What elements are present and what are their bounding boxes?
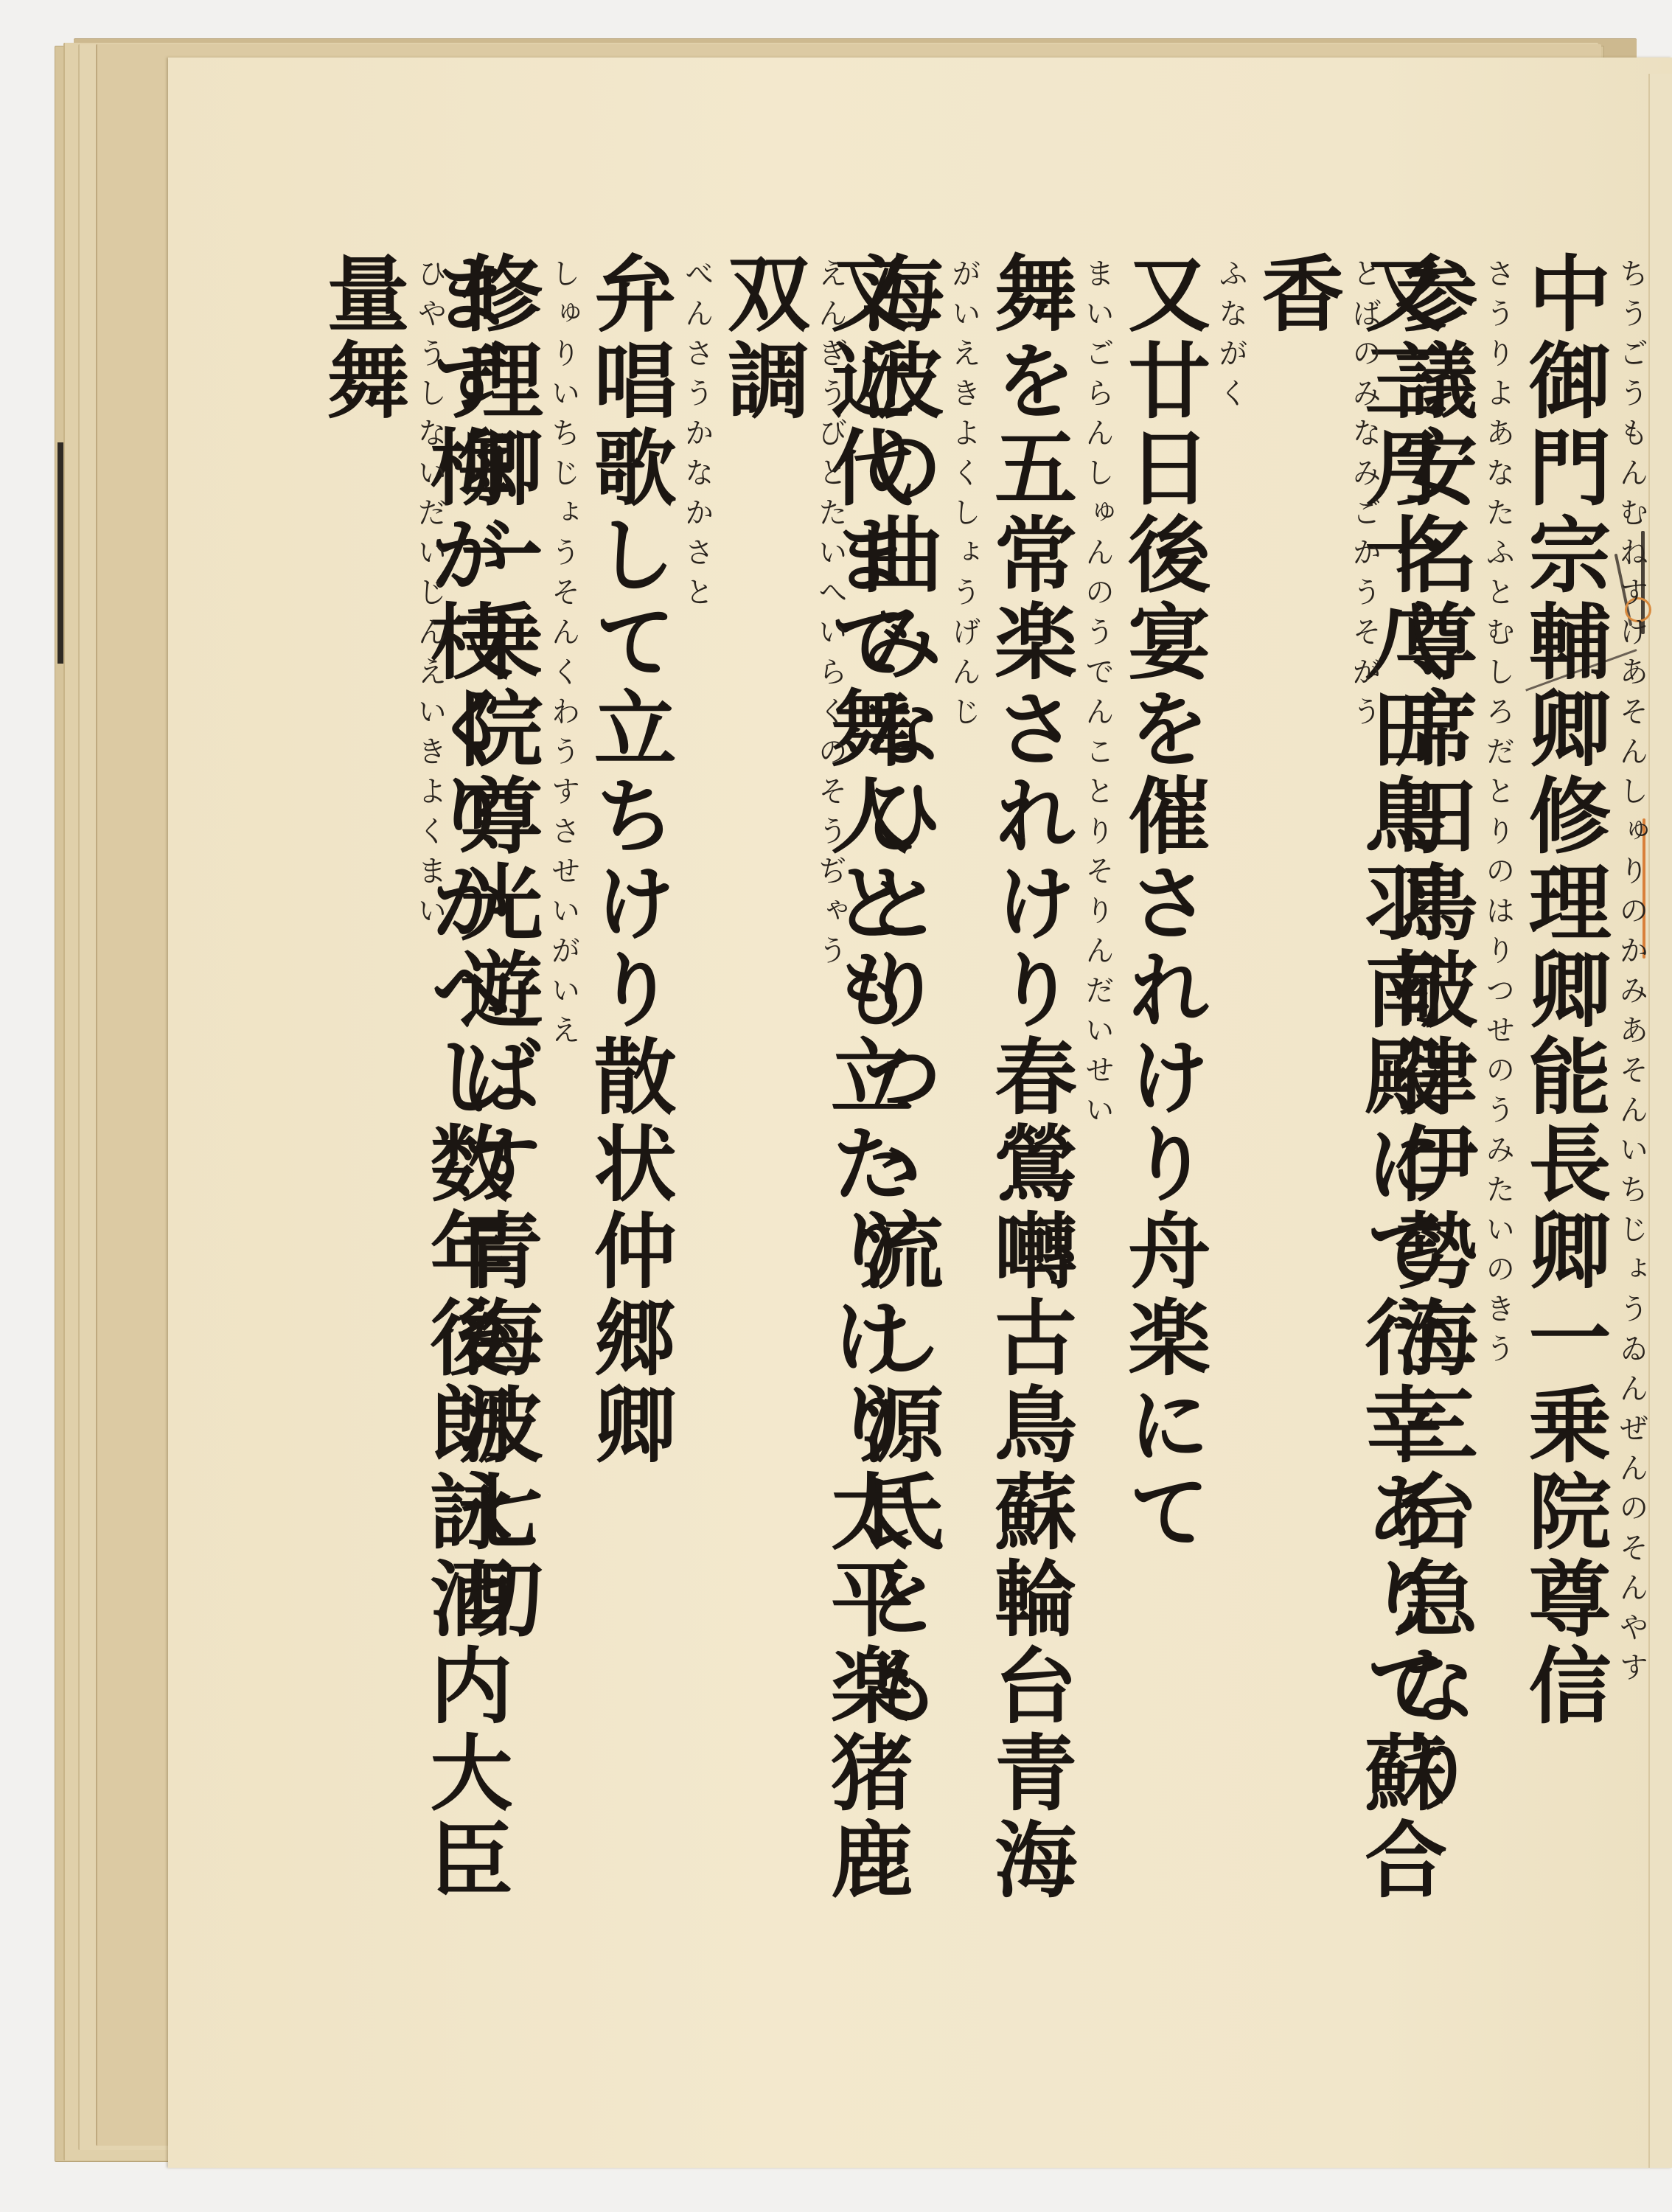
text-column-3: 又三月十八日鳥羽南殿にて行幸ありて蘇合香 とばのみなみごかうそがう xyxy=(1244,251,1355,1947)
column-main-text: 舞を五常楽されけり春鶯囀古鳥蘇輪台青海 xyxy=(978,251,1081,1904)
text-column-1: 中御門宗輔卿修理卿能長卿一乗院尊信 ちうごうもんむねすけあそんしゅりのかみあそん… xyxy=(1511,251,1622,1947)
cover-edge xyxy=(58,442,63,664)
column-furigana: ひやうしないだいじんえいきよくまい xyxy=(409,258,451,935)
column-main-text: 又廿日後宴を催されけり舟楽にて xyxy=(1111,251,1214,1556)
text-column-8: 弁唱歌して立ちけり散状仲郷卿 べんさうかなかさと xyxy=(577,251,687,1947)
column-furigana: ふながく xyxy=(1211,258,1253,417)
text-column-4: 又廿日後宴を催されけり舟楽にて ふながく xyxy=(1111,251,1222,1947)
column-main-text: 中御門宗輔卿修理卿能長卿一乗院尊信 xyxy=(1511,251,1614,1730)
binding-flap xyxy=(1650,74,1672,2168)
column-furigana: しゅりいちじょうそんくわうすさせいがいえ xyxy=(543,258,585,1054)
column-furigana: まいごらんしゅんのうでんことりそりんだいせい xyxy=(1077,258,1119,1134)
column-main-text: 弁唱歌して立ちけり散状仲郷卿 xyxy=(577,251,680,1469)
column-furigana: さうりよあなたふとむしろだとりのはりつせのうみたいのきう xyxy=(1477,258,1519,1373)
column-furigana: べんさうかなかさと xyxy=(676,258,718,616)
text-column-5: 舞を五常楽されけり春鶯囀古鳥蘇輪台青海 まいごらんしゅんのうでんことりそりんだい… xyxy=(978,251,1088,1947)
manuscript-text: 中御門宗輔卿修理卿能長卿一乗院尊信 ちうごうもんむねすけあそんしゅりのかみあそん… xyxy=(310,251,1622,1947)
column-furigana: ちうごうもんむねすけあそんしゅりのかみあそんいちじょうゐんぜんのそんやす xyxy=(1611,258,1653,1691)
column-furigana: えんぎうびとたいへいらくのそうぢゃう xyxy=(809,258,851,975)
column-furigana: がいえきよくしょうげんじ xyxy=(943,258,985,736)
text-column-7: 又近代まで舞人とも立たりけり太平楽猪鹿双調 えんぎうびとたいへいらくのそうぢゃう xyxy=(710,251,821,1947)
text-column-10: まず梅が枝くりかへし数年後朗詠酒内大臣量舞 ひやうしないだいじんえいきよくまい xyxy=(310,251,420,1947)
column-furigana: とばのみなみごかうそがう xyxy=(1344,258,1386,736)
